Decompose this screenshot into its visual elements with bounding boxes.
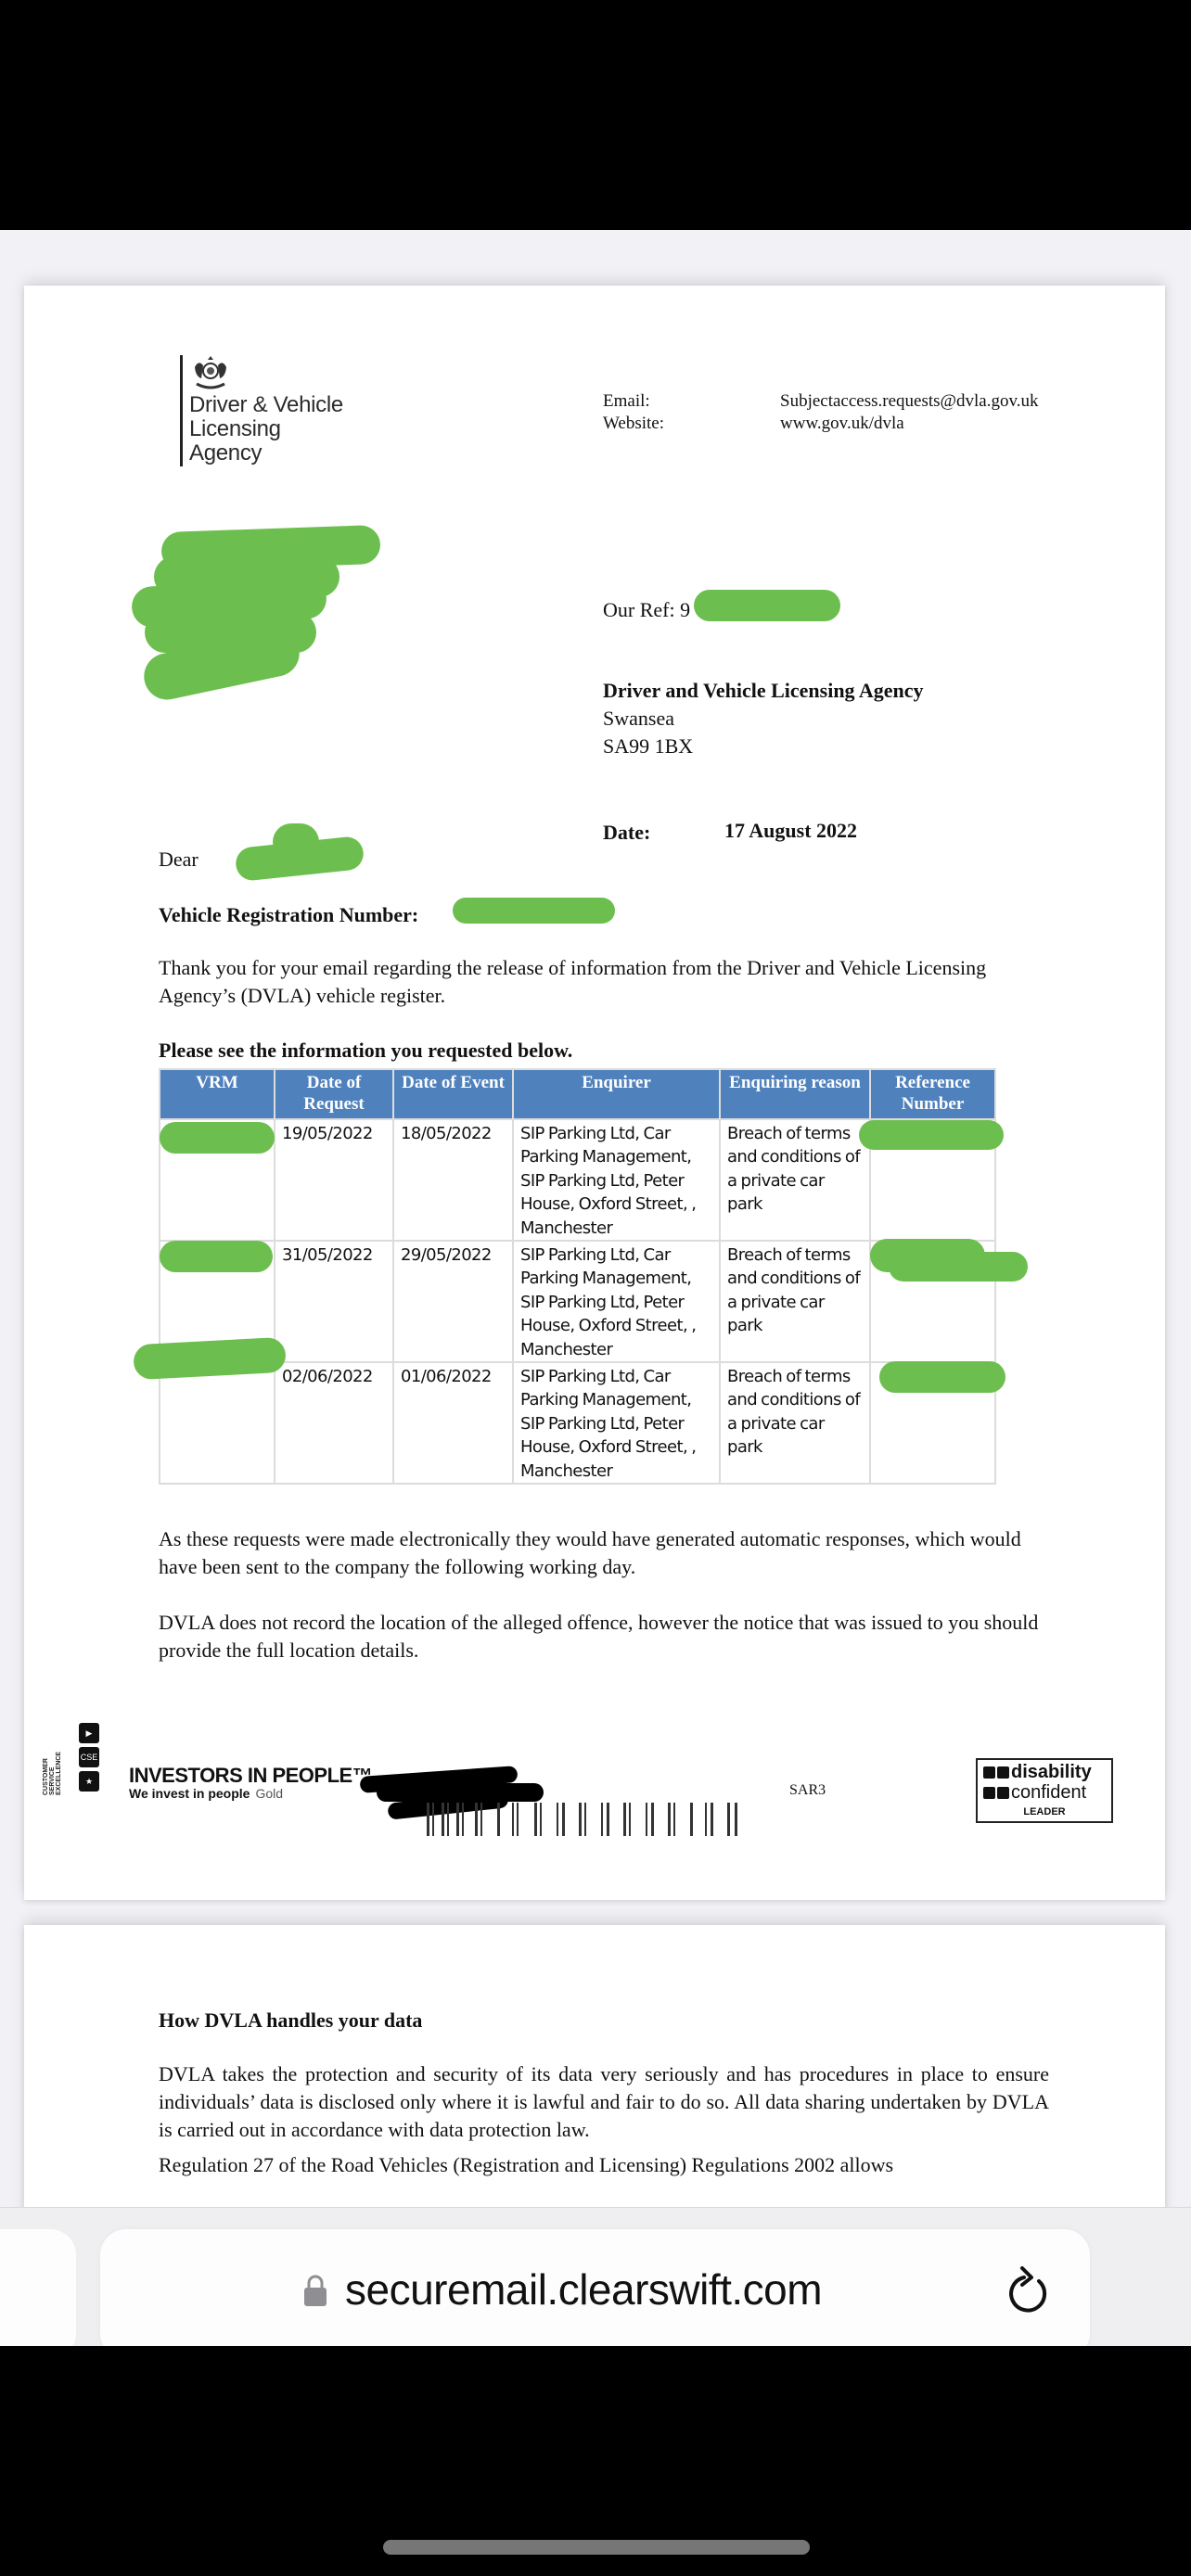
automatic-responses-paragraph: As these requests were made electronical… — [159, 1525, 1049, 1581]
dvla-logo-text: Driver & Vehicle Licensing Agency — [189, 393, 343, 465]
redaction-reference — [889, 1252, 1028, 1282]
cell-enquirer: SIP Parking Ltd, Car Parking Management,… — [513, 1362, 720, 1484]
logo-line-3: Agency — [189, 441, 343, 465]
sender-address: Driver and Vehicle Licensing Agency Swan… — [603, 677, 924, 760]
redaction-reference — [859, 1120, 1004, 1150]
people-icon — [983, 1766, 995, 1779]
regulation-paragraph: Regulation 27 of the Road Vehicles (Regi… — [159, 2151, 1049, 2179]
browser-toolbar: securemail.clearswift.com — [0, 2207, 1191, 2346]
cell-enquirer: SIP Parking Ltd, Car Parking Management,… — [513, 1241, 720, 1362]
email-value[interactable]: Subjectaccess.requests@dvla.gov.uk — [780, 390, 1039, 413]
sender-name: Driver and Vehicle Licensing Agency — [603, 677, 924, 705]
home-indicator[interactable] — [383, 2540, 810, 2555]
our-ref: Our Ref: 9 — [603, 596, 690, 624]
redaction-vrm — [160, 1122, 275, 1154]
date-label: Date: — [603, 819, 650, 847]
redaction-reference — [879, 1361, 1005, 1393]
date-value: 17 August 2022 — [724, 817, 857, 845]
logo-line-2: Licensing — [189, 417, 343, 441]
data-handling-paragraph: DVLA takes the protection and security o… — [159, 2060, 1049, 2144]
disability-confident-logo: disability confident LEADER — [976, 1758, 1113, 1823]
col-header-reference: Reference Number — [870, 1069, 995, 1119]
lock-badge-icon — [983, 1787, 995, 1799]
cell-reason: Breach of terms and conditions of a priv… — [720, 1119, 870, 1241]
cse-badge: CSE — [79, 1747, 99, 1767]
sender-postcode: SA99 1BX — [603, 733, 924, 760]
table-row: 02/06/2022 01/06/2022 SIP Parking Ltd, C… — [160, 1362, 995, 1484]
letter-page-1: Driver & Vehicle Licensing Agency Email:… — [24, 286, 1165, 1900]
website-label: Website: — [603, 413, 664, 435]
cell-date-event: 29/05/2022 — [393, 1241, 513, 1362]
cell-reason: Breach of terms and conditions of a priv… — [720, 1241, 870, 1362]
vrn-label: Vehicle Registration Number: — [159, 901, 418, 929]
contact-labels: Email: Website: — [603, 390, 664, 435]
dc-line-2: confident — [983, 1782, 1086, 1804]
our-ref-label: Our Ref: 9 — [603, 598, 690, 621]
letter-page-2: How DVLA handles your data DVLA takes th… — [24, 1925, 1165, 2207]
url-text[interactable]: securemail.clearswift.com — [345, 2264, 822, 2315]
play-icon: ▶ — [79, 1723, 99, 1743]
star-icon: ★ — [79, 1771, 99, 1792]
redaction-ref — [694, 590, 840, 621]
redaction-vrm — [160, 1241, 273, 1272]
col-header-enquirer: Enquirer — [513, 1069, 720, 1119]
cell-date-request: 31/05/2022 — [275, 1241, 393, 1362]
cell-date-event: 18/05/2022 — [393, 1119, 513, 1241]
person-icon — [997, 1787, 1009, 1799]
dc-line-1: disability — [983, 1762, 1092, 1783]
col-header-vrm: VRM — [160, 1069, 275, 1119]
location-paragraph: DVLA does not record the location of the… — [159, 1609, 1049, 1664]
dc-line-3: LEADER — [978, 1806, 1111, 1817]
customer-service-excellence-text: CUSTOMER SERVICE EXCELLENCE — [43, 1741, 63, 1795]
table-header-row: VRM Date of Request Date of Event Enquir… — [160, 1069, 995, 1119]
check-icon — [997, 1766, 1009, 1779]
status-bar-area — [0, 0, 1191, 230]
logo-divider — [180, 355, 183, 466]
cell-reason: Breach of terms and conditions of a priv… — [720, 1362, 870, 1484]
salutation: Dear — [159, 846, 198, 874]
email-label: Email: — [603, 390, 664, 413]
form-code: SAR3 — [789, 1782, 826, 1799]
iip-tagline-text: We invest in people — [129, 1786, 250, 1801]
barcode — [404, 1803, 794, 1836]
table-intro: Please see the information you requested… — [159, 1037, 572, 1065]
redaction-vrn — [453, 898, 615, 924]
data-handling-heading: How DVLA handles your data — [159, 2007, 422, 2034]
col-header-reason: Enquiring reason — [720, 1069, 870, 1119]
cell-date-request: 02/06/2022 — [275, 1362, 393, 1484]
royal-coat-of-arms-icon — [189, 354, 232, 391]
col-header-date-event: Date of Event — [393, 1069, 513, 1119]
intro-paragraph: Thank you for your email regarding the r… — [159, 954, 1049, 1010]
sender-city: Swansea — [603, 705, 924, 733]
reload-icon[interactable] — [1004, 2263, 1056, 2320]
address-bar[interactable]: securemail.clearswift.com — [100, 2229, 1090, 2359]
investors-in-people-tagline: We invest in peopleGold — [129, 1786, 283, 1801]
iip-level: Gold — [255, 1786, 283, 1801]
cell-date-event: 01/06/2022 — [393, 1362, 513, 1484]
logo-line-1: Driver & Vehicle — [189, 393, 343, 417]
cell-date-request: 19/05/2022 — [275, 1119, 393, 1241]
previous-tab-pill[interactable] — [0, 2229, 76, 2359]
document-viewer[interactable]: Driver & Vehicle Licensing Agency Email:… — [0, 230, 1191, 2207]
lock-icon — [303, 2275, 327, 2306]
investors-in-people-logo: INVESTORS IN PEOPLE™ — [129, 1764, 372, 1788]
cell-enquirer: SIP Parking Ltd, Car Parking Management,… — [513, 1119, 720, 1241]
contact-values: Subjectaccess.requests@dvla.gov.uk www.g… — [780, 390, 1039, 435]
redaction-name — [273, 823, 319, 861]
website-value[interactable]: www.gov.uk/dvla — [780, 413, 1039, 435]
cell-vrm — [160, 1362, 275, 1484]
col-header-date-request: Date of Request — [275, 1069, 393, 1119]
